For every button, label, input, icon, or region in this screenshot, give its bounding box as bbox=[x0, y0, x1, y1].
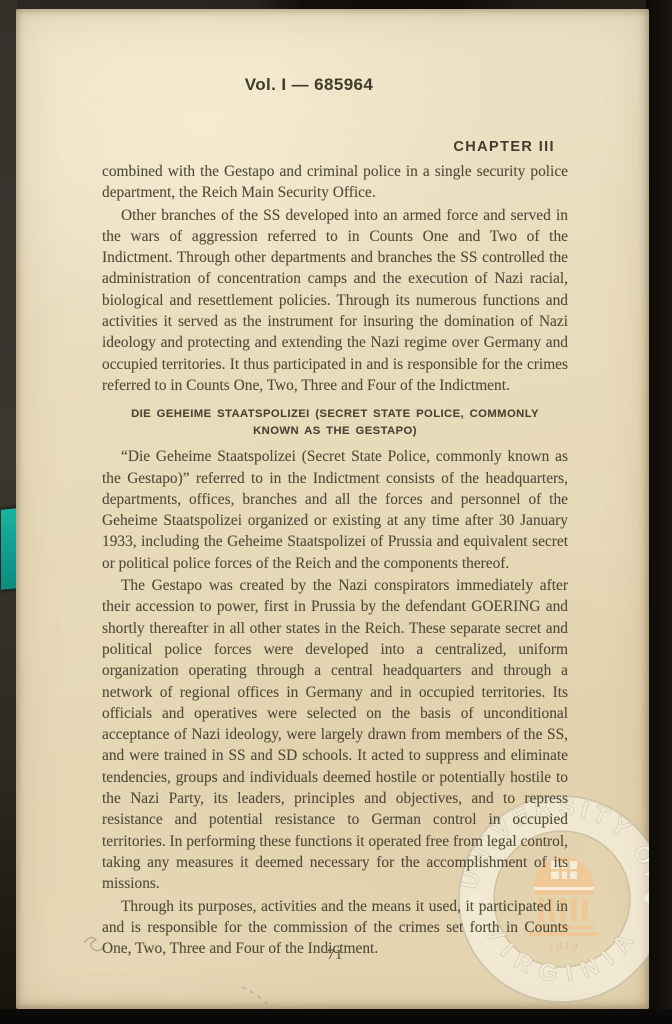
paragraph: combined with the Gestapo and criminal p… bbox=[102, 161, 568, 204]
scanned-document-page: UNIVERSITY OF VIRGINIA bbox=[0, 0, 672, 1024]
paragraph: “Die Geheime Staatspolizei (Secret State… bbox=[102, 446, 568, 574]
scanner-background-bottom bbox=[0, 1009, 672, 1024]
section-heading: DIE GEHEIME STAATSPOLIZEI (SECRET STATE … bbox=[109, 406, 561, 439]
page-number: 71 bbox=[102, 947, 568, 964]
paper-page: UNIVERSITY OF VIRGINIA bbox=[16, 9, 649, 1009]
pencil-mark-icon bbox=[238, 981, 294, 1009]
scanner-background-right bbox=[646, 0, 672, 1024]
paragraph: Other branches of the SS developed into … bbox=[102, 205, 568, 397]
paragraph: The Gestapo was created by the Nazi cons… bbox=[102, 575, 568, 894]
page-body: combined with the Gestapo and criminal p… bbox=[102, 161, 568, 959]
chapter-header: CHAPTER III bbox=[102, 139, 568, 155]
volume-header: Vol. I — 685964 bbox=[76, 75, 542, 95]
